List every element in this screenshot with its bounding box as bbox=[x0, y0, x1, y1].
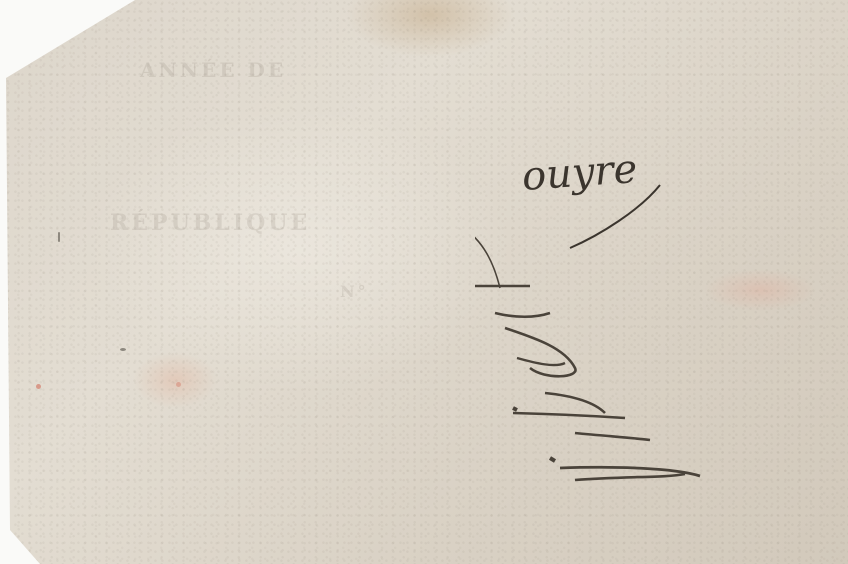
faded-print-line-1: ANNÉE DE bbox=[140, 58, 286, 82]
red-ink-speck bbox=[176, 382, 181, 387]
ink-dot bbox=[120, 348, 126, 351]
faded-print-line-3: N° bbox=[340, 282, 369, 301]
vertical-signature-strokes bbox=[475, 218, 735, 498]
red-ink-speck bbox=[36, 384, 41, 389]
ink-dot bbox=[58, 232, 60, 242]
faded-print-line-2: RÉPUBLIQUE bbox=[110, 210, 310, 236]
